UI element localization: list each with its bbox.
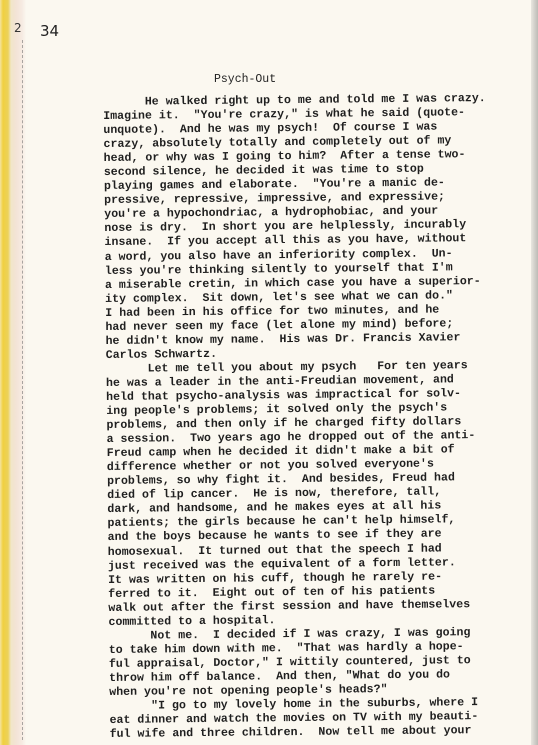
text-line: ful wife and three children. Now tell me…: [110, 724, 510, 742]
page-edge-shadow: [531, 0, 538, 745]
body-text: He walked right up to me and told me I w…: [103, 92, 510, 742]
page-number: 34: [40, 22, 59, 40]
story-title: Psych-Out: [214, 73, 276, 86]
binding-mark: 2: [14, 21, 22, 35]
binding-stitch-line: [22, 40, 24, 740]
